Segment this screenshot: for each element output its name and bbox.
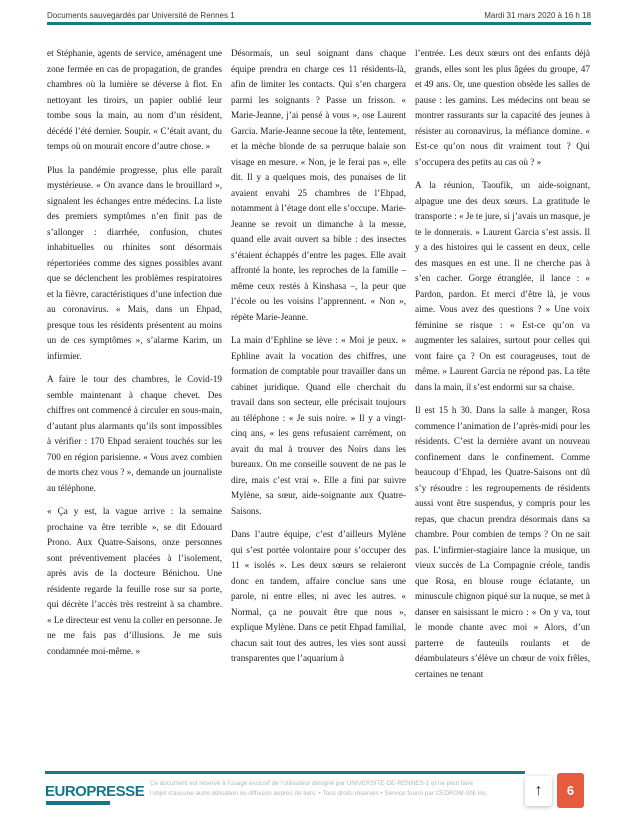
article-column-1: et Stéphanie, agents de service, aménage… (47, 46, 222, 762)
article-paragraph: Dans l’autre équipe, c’est d’ailleurs My… (231, 527, 406, 667)
footer-disclaimer-line2: l’objet d’aucune autre utilisation ou di… (150, 789, 532, 799)
footer-divider (45, 771, 525, 774)
footer-disclaimer: Ce document est réservé à l’usage exclus… (150, 779, 532, 799)
page-number-label: 6 (567, 783, 574, 798)
footer-disclaimer-line1: Ce document est réservé à l’usage exclus… (150, 779, 532, 789)
article-columns: et Stéphanie, agents de service, aménage… (47, 46, 590, 762)
header-date-label: Mardi 31 mars 2020 à 16 h 18 (484, 11, 591, 20)
scroll-to-top-button[interactable]: ↑ (525, 776, 552, 806)
article-paragraph: A faire le tour des chambres, le Covid-1… (47, 372, 222, 496)
article-column-2: Désormais, un seul soignant dans chaque … (231, 46, 406, 762)
up-arrow-icon: ↑ (535, 783, 543, 799)
document-page: Documents sauvegardés par Université de … (0, 0, 638, 825)
article-paragraph: l’entrée. Les deux sœurs ont des enfants… (415, 46, 590, 170)
article-column-3: l’entrée. Les deux sœurs ont des enfants… (415, 46, 590, 762)
header-source-label: Documents sauvegardés par Université de … (47, 11, 235, 20)
article-paragraph: Désormais, un seul soignant dans chaque … (231, 46, 406, 325)
article-paragraph: La main d’Ephline se lève : « Moi je peu… (231, 333, 406, 519)
article-paragraph: Il est 15 h 30. Dans la salle à manger, … (415, 403, 590, 682)
article-paragraph: A la réunion, Taoufik, un aide-soignant,… (415, 178, 590, 395)
article-paragraph: « Ça y est, la vague arrive : la semaine… (47, 504, 222, 659)
page-number-badge[interactable]: 6 (557, 773, 584, 808)
europresse-tagline-bar (46, 801, 110, 805)
article-paragraph: Plus la pandémie progresse, plus elle pa… (47, 163, 222, 365)
header-divider (47, 22, 591, 25)
article-paragraph: et Stéphanie, agents de service, aménage… (47, 46, 222, 155)
europresse-logo: EUROPRESSE (45, 783, 144, 800)
